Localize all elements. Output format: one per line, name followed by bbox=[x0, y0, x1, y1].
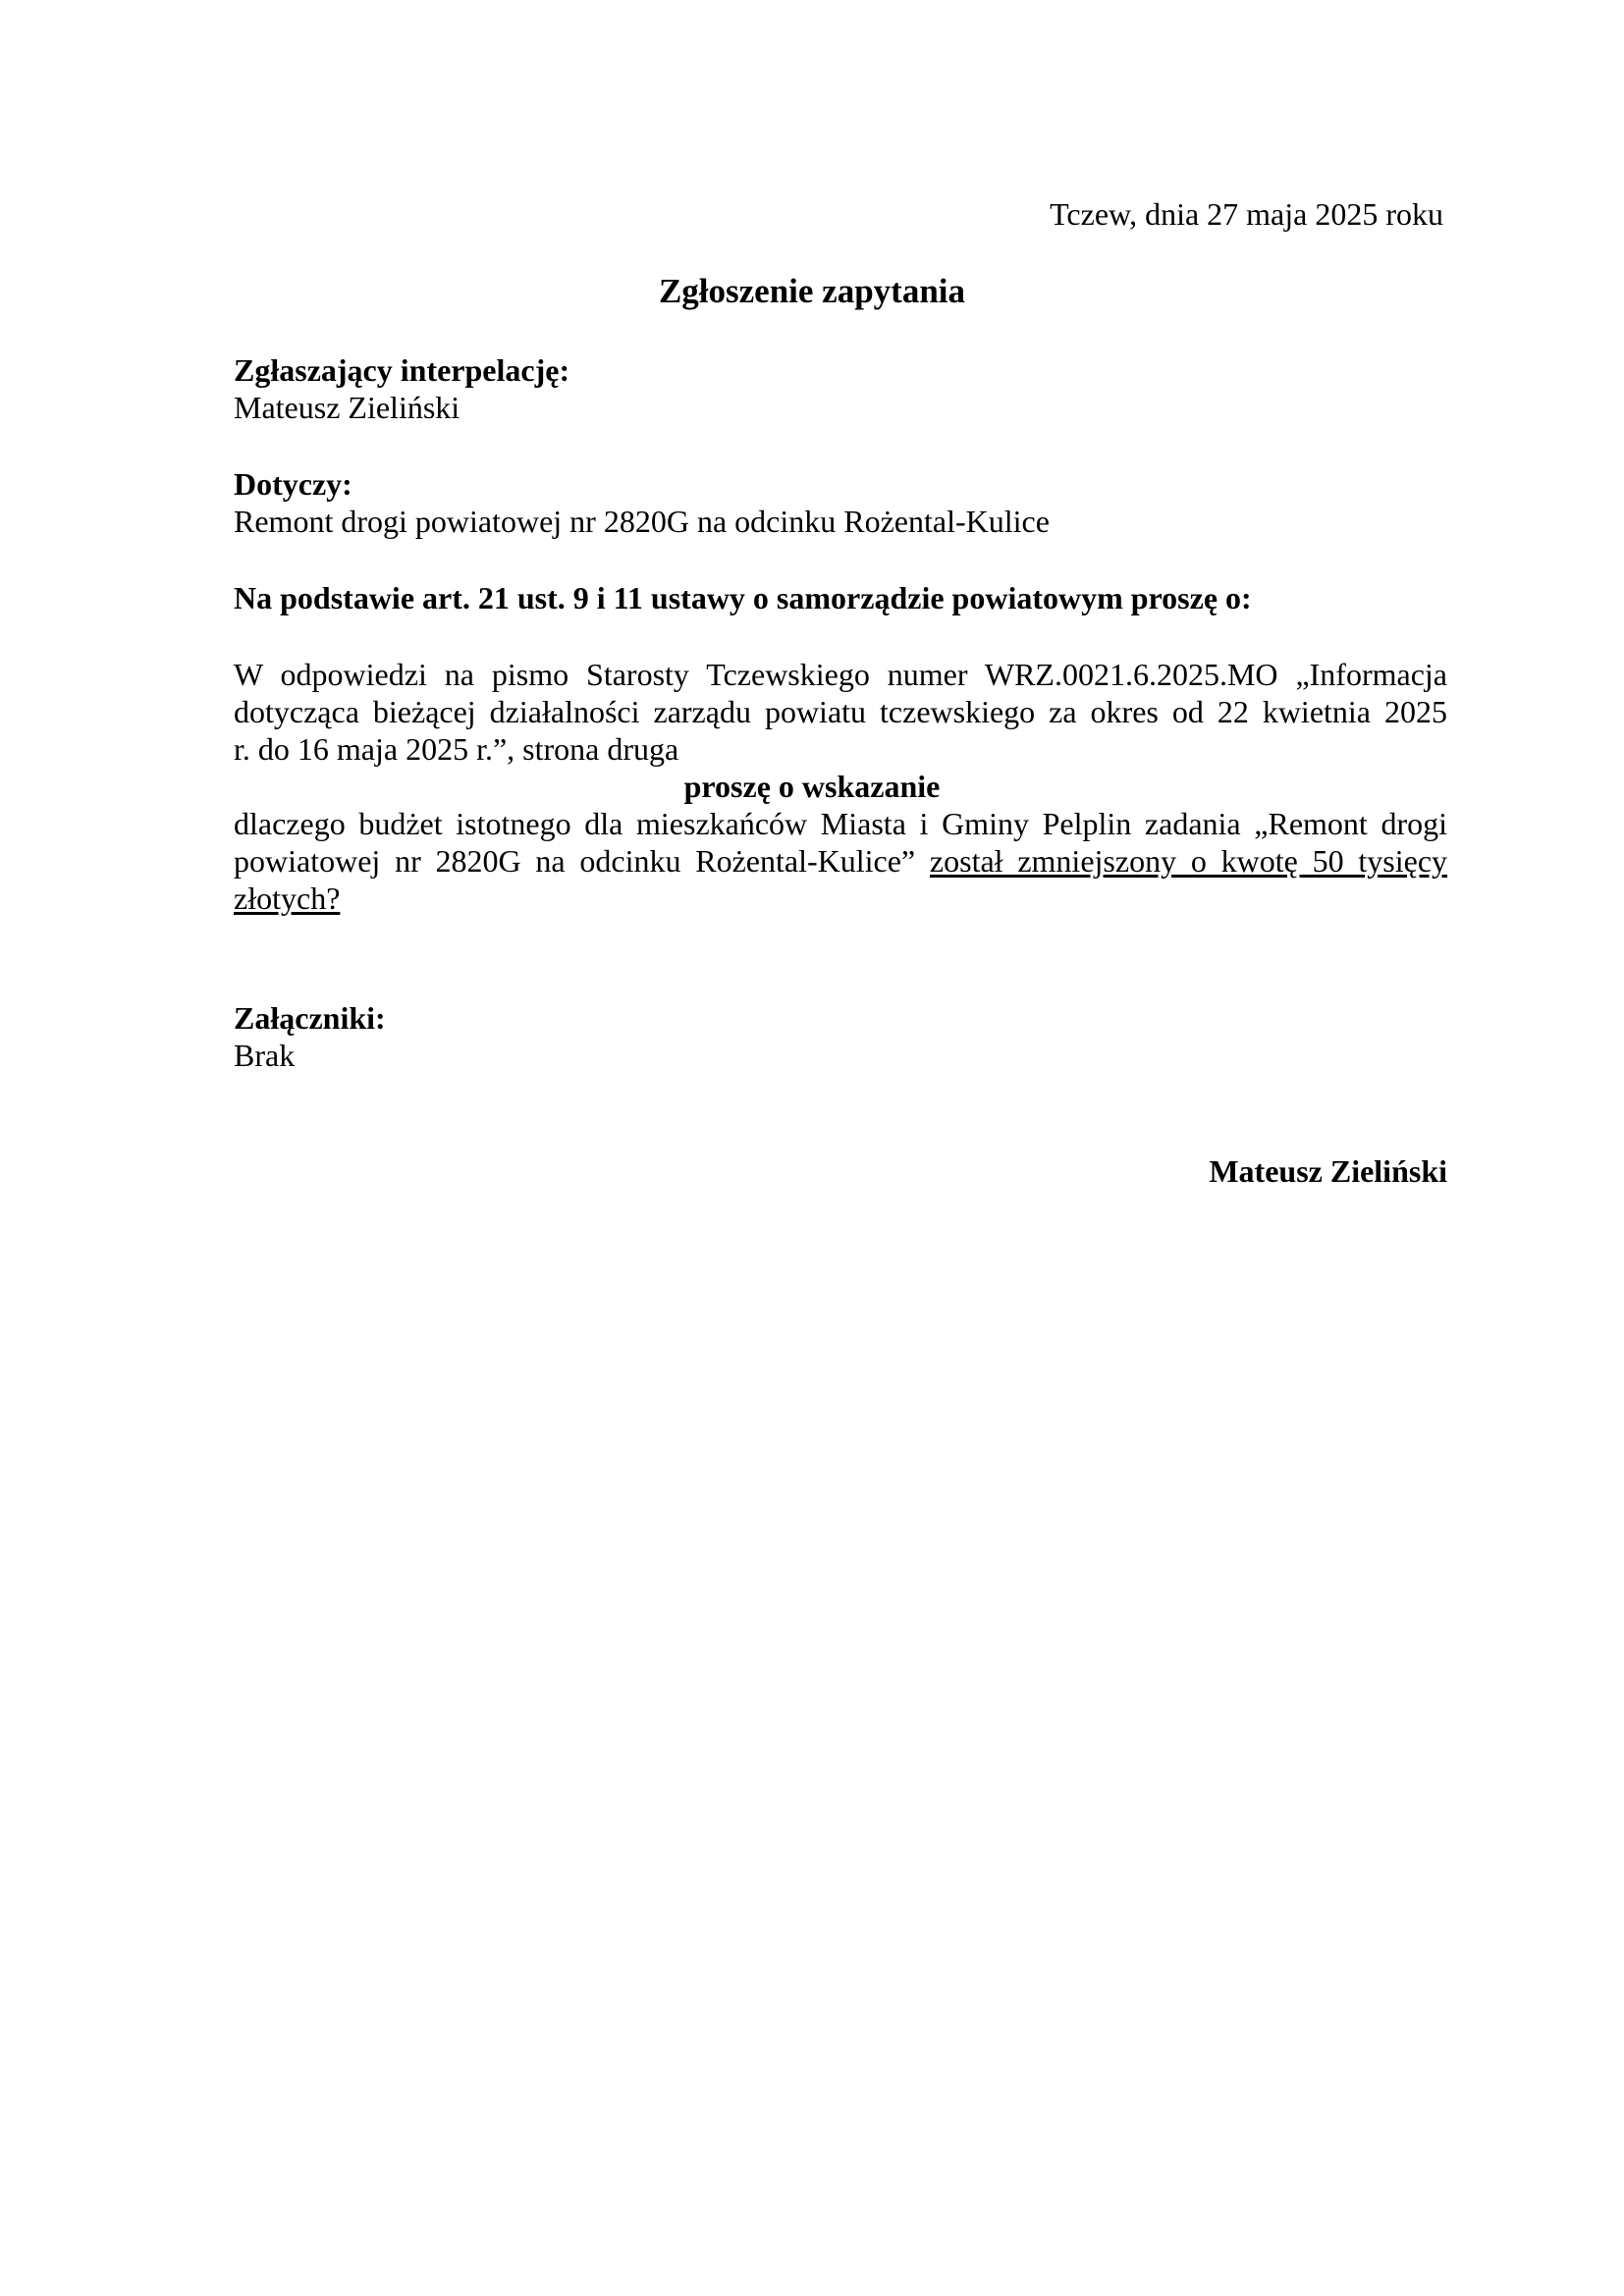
question-emphasis-end: złotych? bbox=[234, 881, 340, 916]
question-line-2: powiatowej nr 2820G na odcinku Rożental-… bbox=[234, 842, 1447, 880]
question-emphasis: został zmniejszony o kwotę 50 tysięcy bbox=[930, 843, 1447, 879]
signature: Mateusz Zieliński bbox=[1209, 1152, 1447, 1190]
body-intro: W odpowiedzi na pismo Starosty Tczewskie… bbox=[234, 656, 1447, 768]
attachments-value: Brak bbox=[234, 1037, 295, 1074]
question-line-1: dlaczego budżet istotnego dla mieszkańcó… bbox=[234, 805, 1447, 842]
body-intro-line-2: dotycząca bieżącej działalności zarządu … bbox=[234, 693, 1447, 730]
request-heading: proszę o wskazanie bbox=[0, 768, 1624, 805]
subject-label: Dotyczy: bbox=[234, 465, 352, 503]
body-intro-line-1: W odpowiedzi na pismo Starosty Tczewskie… bbox=[234, 656, 1447, 693]
document-title: Zgłoszenie zapytania bbox=[0, 273, 1624, 310]
submitter-name: Mateusz Zieliński bbox=[234, 389, 460, 426]
question-line-2-plain: powiatowej nr 2820G na odcinku Rożental-… bbox=[234, 843, 915, 879]
place-date: Tczew, dnia 27 maja 2025 roku bbox=[1050, 195, 1443, 233]
subject-value: Remont drogi powiatowej nr 2820G na odci… bbox=[234, 503, 1050, 540]
legal-basis: Na podstawie art. 21 ust. 9 i 11 ustawy … bbox=[234, 579, 1252, 616]
submitter-label: Zgłaszający interpelację: bbox=[234, 351, 569, 389]
body-question: dlaczego budżet istotnego dla mieszkańcó… bbox=[234, 805, 1447, 917]
attachments-label: Załączniki: bbox=[234, 999, 386, 1037]
question-line-3: złotych? bbox=[234, 880, 1447, 917]
document-page: Tczew, dnia 27 maja 2025 roku Zgłoszenie… bbox=[0, 0, 1624, 2296]
body-intro-line-3: r. do 16 maja 2025 r.”, strona druga bbox=[234, 730, 1447, 768]
